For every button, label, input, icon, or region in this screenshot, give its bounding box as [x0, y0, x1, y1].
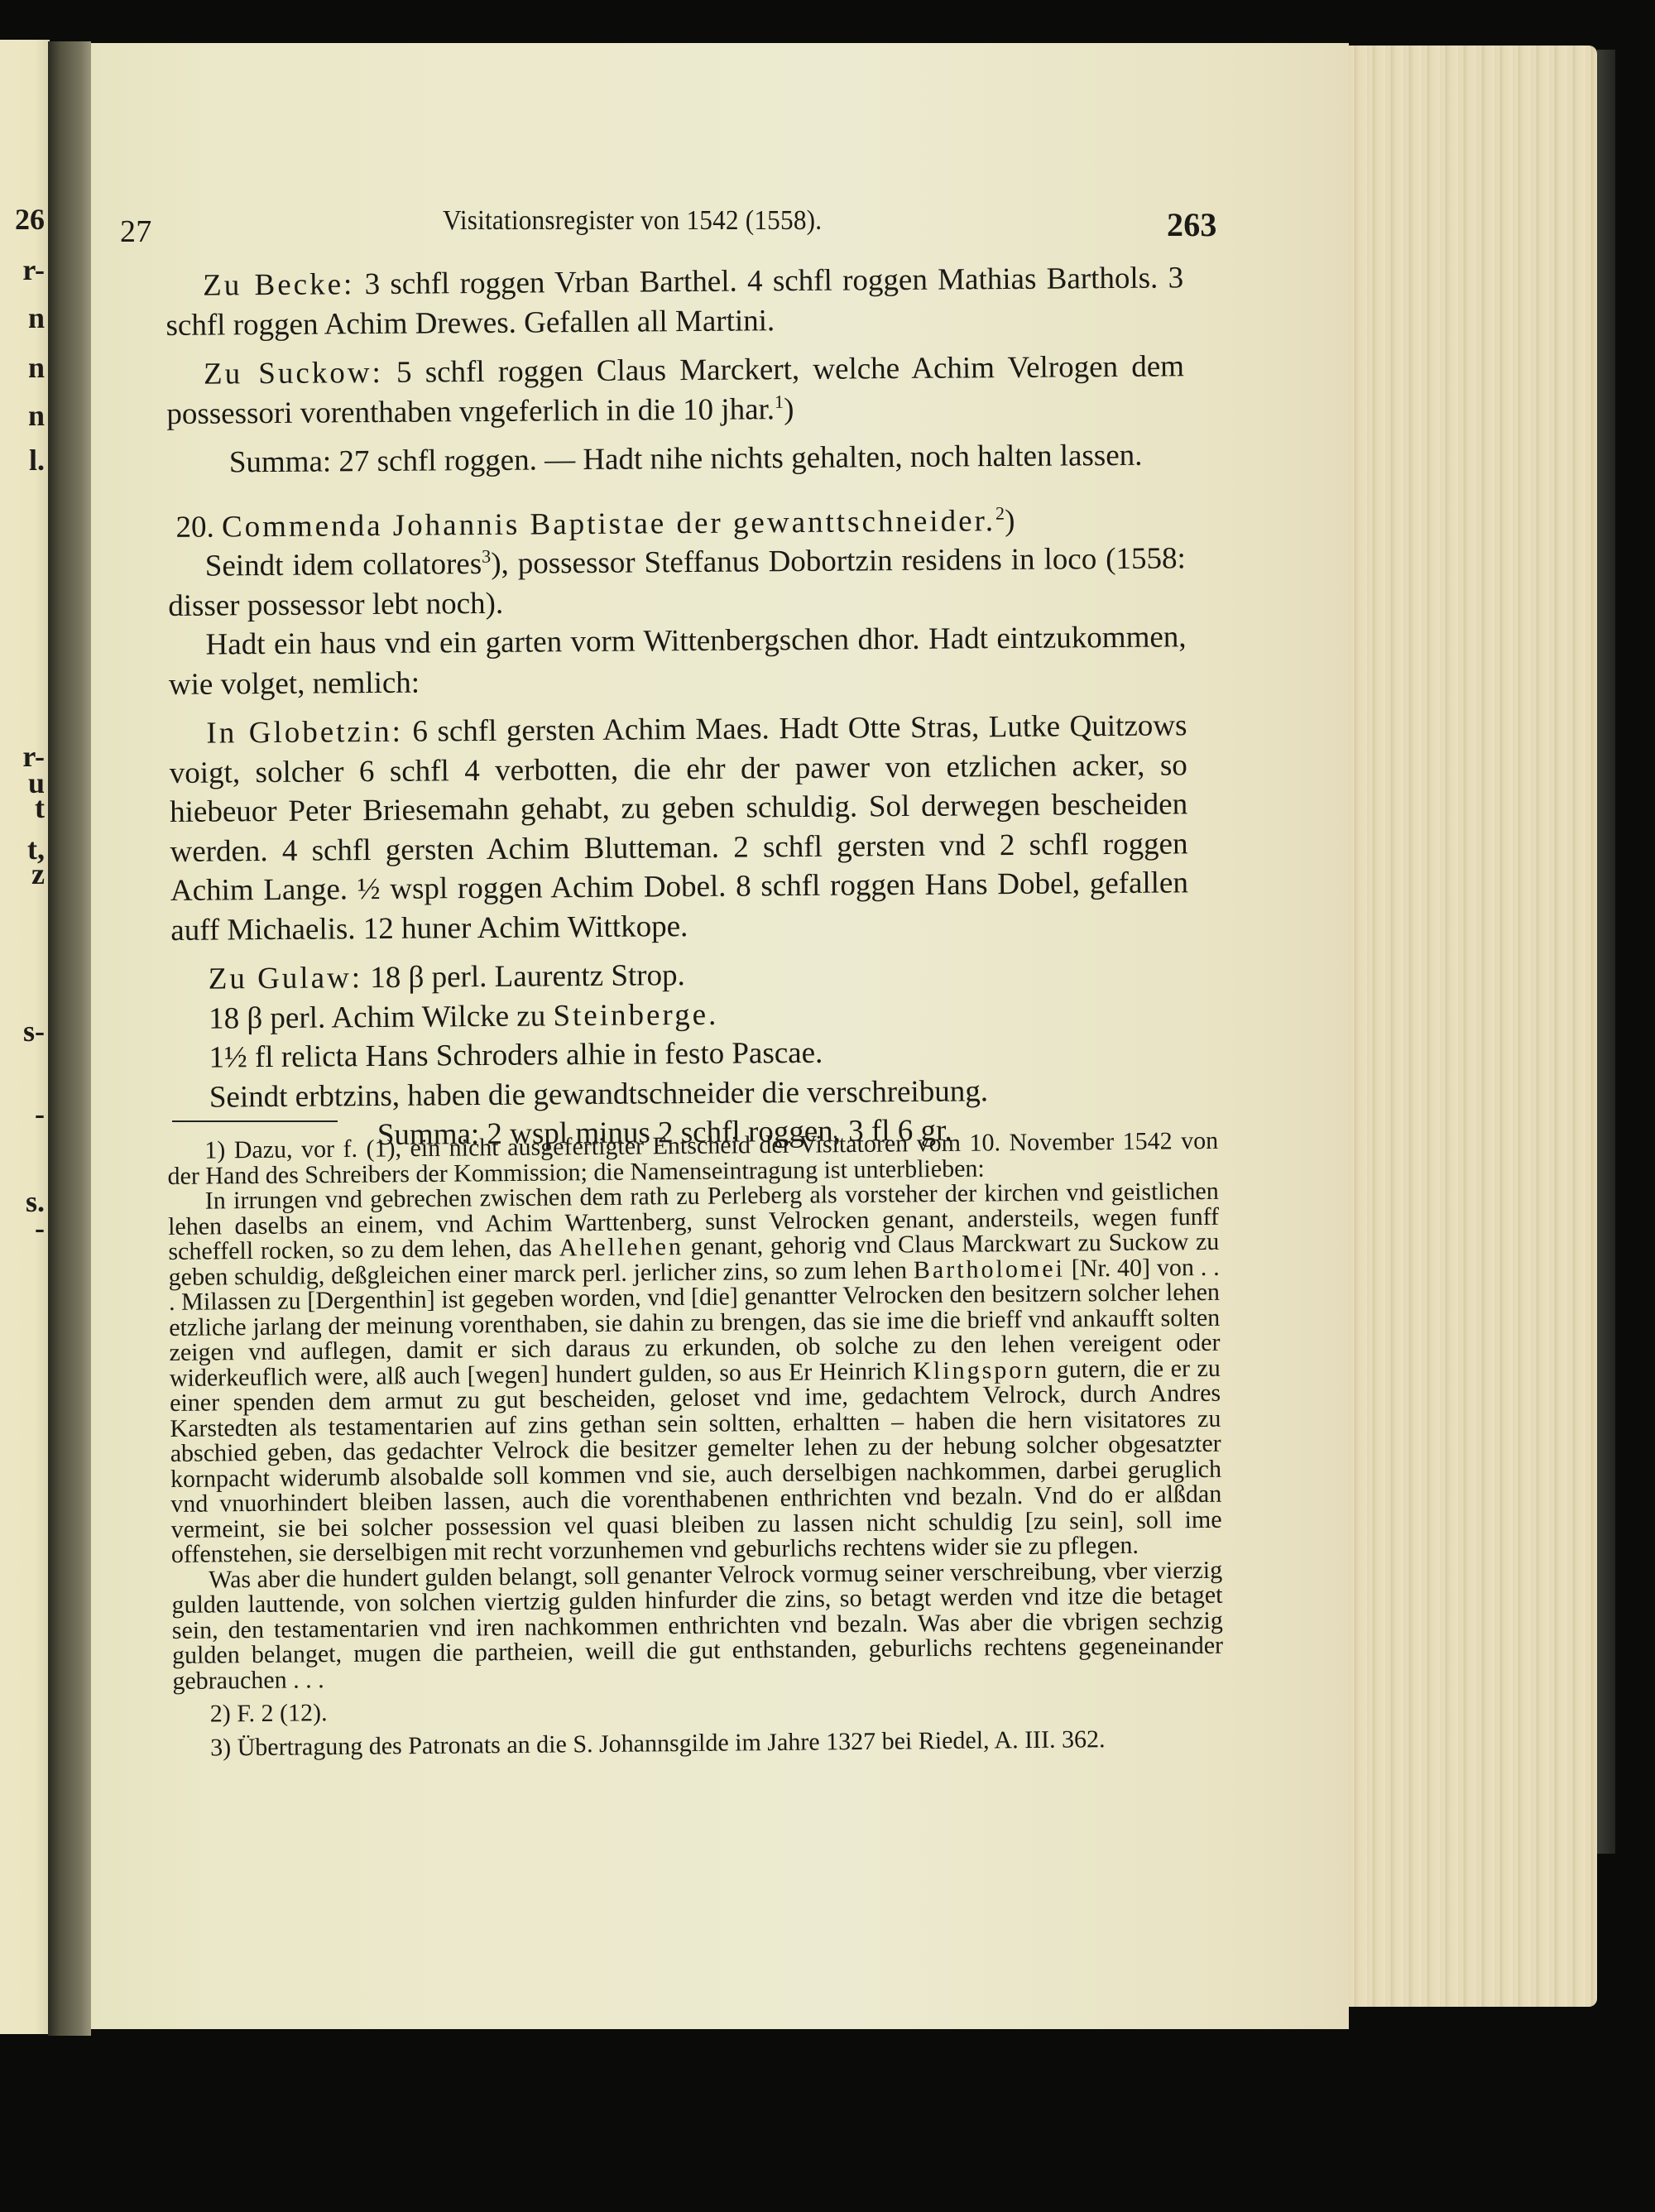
summa-line: Summa: 27 schfl roggen. — Hadt nihe nich… — [167, 435, 1185, 482]
footnote-1-document: In irrungen vnd gebrechen zwischen dem r… — [168, 1179, 1222, 1568]
footnote-3: 3) Übertragung des Patronats an die S. J… — [173, 1725, 1224, 1761]
place-label: Zu Becke: — [203, 267, 354, 302]
footnote-ref[interactable]: 2 — [995, 502, 1005, 523]
place-label: Zu Gulaw: — [209, 961, 363, 996]
footnote-1-continuation: Was aber die hundert gulden belangt, sol… — [171, 1557, 1223, 1694]
place-name: Steinberge. — [553, 997, 718, 1033]
footnote-2: 2) F. 2 (12). — [173, 1692, 1224, 1728]
section-title: Commenda Johannis Baptistae der gewantts… — [222, 504, 995, 544]
place-label: In Globetzin: — [206, 715, 403, 751]
page-text: 27 Visitationsregister von 1542 (1558). … — [0, 0, 1655, 2212]
running-title: Visitationsregister von 1542 (1558). — [443, 205, 822, 237]
footnote-divider — [172, 1120, 338, 1122]
footnotes: 1) Dazu, vor f. (1), ein nicht ausgefert… — [167, 1120, 1224, 1761]
section-number-header: 27 — [120, 214, 151, 250]
page-number: 263 — [1167, 205, 1217, 244]
paragraph-globetzin: In Globetzin: 6 schfl gersten Achim Maes… — [169, 706, 1188, 950]
paragraph-suckow: Zu Suckow: 5 schfl roggen Claus Marckert… — [166, 347, 1185, 434]
paragraph-haus: Hadt ein haus vnd ein garten vorm Witten… — [168, 617, 1187, 704]
paragraph-collatores: Seindt idem collatores3), possessor Stef… — [168, 539, 1187, 626]
place-label: Zu Suckow: — [204, 356, 383, 391]
body-text: Zu Becke: 3 schfl roggen Vrban Barthel. … — [165, 258, 1190, 1156]
footnote-ref[interactable]: 1 — [775, 391, 784, 411]
footnote-ref[interactable]: 3 — [482, 546, 491, 567]
paragraph-becke: Zu Becke: 3 schfl roggen Vrban Barthel. … — [165, 258, 1184, 345]
